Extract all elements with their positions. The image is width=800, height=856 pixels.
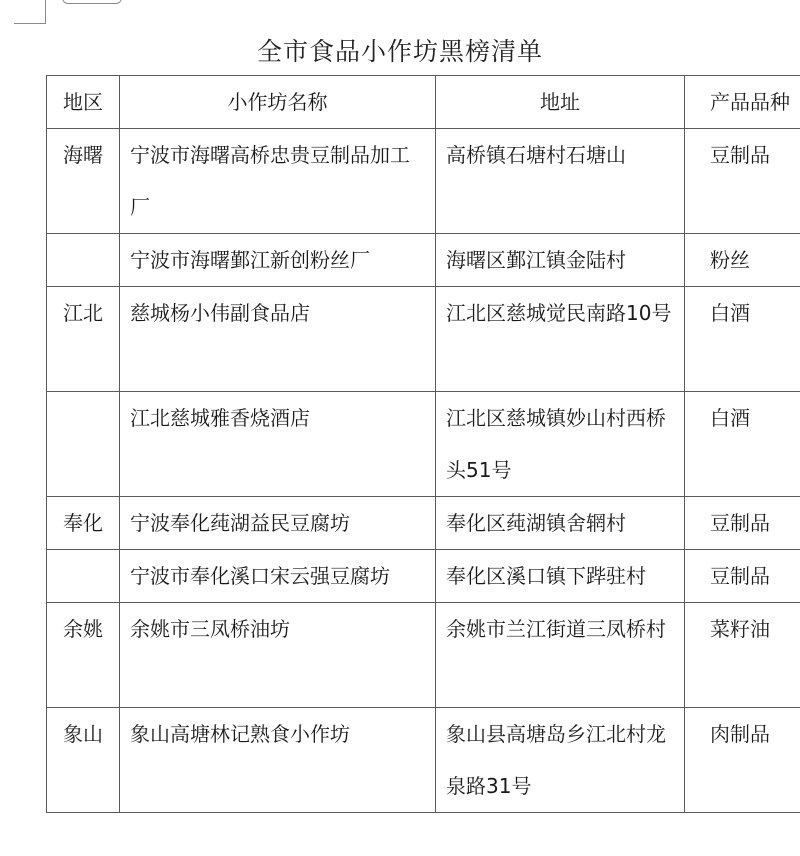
table-header-row: 地区 小作坊名称 地址 产品品种 (47, 76, 800, 129)
cell-region (47, 234, 120, 287)
cell-region (47, 550, 120, 603)
table-row: 象山 象山高塘林记熟食小作坊 象山县高塘岛乡江北村龙泉路31号 肉制品 (47, 708, 800, 813)
cell-address: 江北区慈城镇妙山村西桥头51号 (436, 392, 685, 497)
table-row: 江北 慈城杨小伟副食品店 江北区慈城觉民南路10号 白酒 (47, 287, 800, 392)
cell-region: 海曙 (47, 129, 120, 234)
cell-product: 肉制品 (685, 708, 800, 813)
header-address: 地址 (436, 76, 685, 129)
cell-address: 海曙区鄞江镇金陆村 (436, 234, 685, 287)
cell-name: 宁波市海曙鄞江新创粉丝厂 (120, 234, 436, 287)
table-row: 江北慈城雅香烧酒店 江北区慈城镇妙山村西桥头51号 白酒 (47, 392, 800, 497)
header-name: 小作坊名称 (120, 76, 436, 129)
cell-name: 象山高塘林记熟食小作坊 (120, 708, 436, 813)
cell-name: 余姚市三凤桥油坊 (120, 603, 436, 708)
cell-region: 象山 (47, 708, 120, 813)
cell-product: 菜籽油 (685, 603, 800, 708)
document-title: 全市食品小作坊黑榜清单 (0, 32, 800, 68)
cell-address: 象山县高塘岛乡江北村龙泉路31号 (436, 708, 685, 813)
cell-address: 余姚市兰江街道三凤桥村 (436, 603, 685, 708)
cell-name: 宁波市海曙高桥忠贵豆制品加工厂 (120, 129, 436, 234)
cell-product: 粉丝 (685, 234, 800, 287)
cell-product: 豆制品 (685, 497, 800, 550)
cell-name: 江北慈城雅香烧酒店 (120, 392, 436, 497)
table-row: 奉化 宁波奉化莼湖益民豆腐坊 奉化区莼湖镇舍辋村 豆制品 (47, 497, 800, 550)
cell-name: 慈城杨小伟副食品店 (120, 287, 436, 392)
table-row: 海曙 宁波市海曙高桥忠贵豆制品加工厂 高桥镇石塘村石塘山 豆制品 (47, 129, 800, 234)
cell-name: 宁波市奉化溪口宋云强豆腐坊 (120, 550, 436, 603)
cell-product: 豆制品 (685, 550, 800, 603)
cell-address: 高桥镇石塘村石塘山 (436, 129, 685, 234)
cell-address: 江北区慈城觉民南路10号 (436, 287, 685, 392)
table-row: 宁波市海曙鄞江新创粉丝厂 海曙区鄞江镇金陆村 粉丝 (47, 234, 800, 287)
header-region: 地区 (47, 76, 120, 129)
cell-region: 奉化 (47, 497, 120, 550)
table-row: 宁波市奉化溪口宋云强豆腐坊 奉化区溪口镇下跸驻村 豆制品 (47, 550, 800, 603)
page-corner-mark (14, 0, 46, 24)
cell-region: 余姚 (47, 603, 120, 708)
cell-region: 江北 (47, 287, 120, 392)
cell-product: 白酒 (685, 392, 800, 497)
cell-product: 白酒 (685, 287, 800, 392)
blacklist-table: 地区 小作坊名称 地址 产品品种 海曙 宁波市海曙高桥忠贵豆制品加工厂 高桥镇石… (46, 75, 800, 813)
header-product: 产品品种 (685, 76, 800, 129)
cell-address: 奉化区溪口镇下跸驻村 (436, 550, 685, 603)
cell-name: 宁波奉化莼湖益民豆腐坊 (120, 497, 436, 550)
cell-product: 豆制品 (685, 129, 800, 234)
top-tab-fragment (62, 0, 122, 4)
table-row: 余姚 余姚市三凤桥油坊 余姚市兰江街道三凤桥村 菜籽油 (47, 603, 800, 708)
cell-address: 奉化区莼湖镇舍辋村 (436, 497, 685, 550)
cell-region (47, 392, 120, 497)
